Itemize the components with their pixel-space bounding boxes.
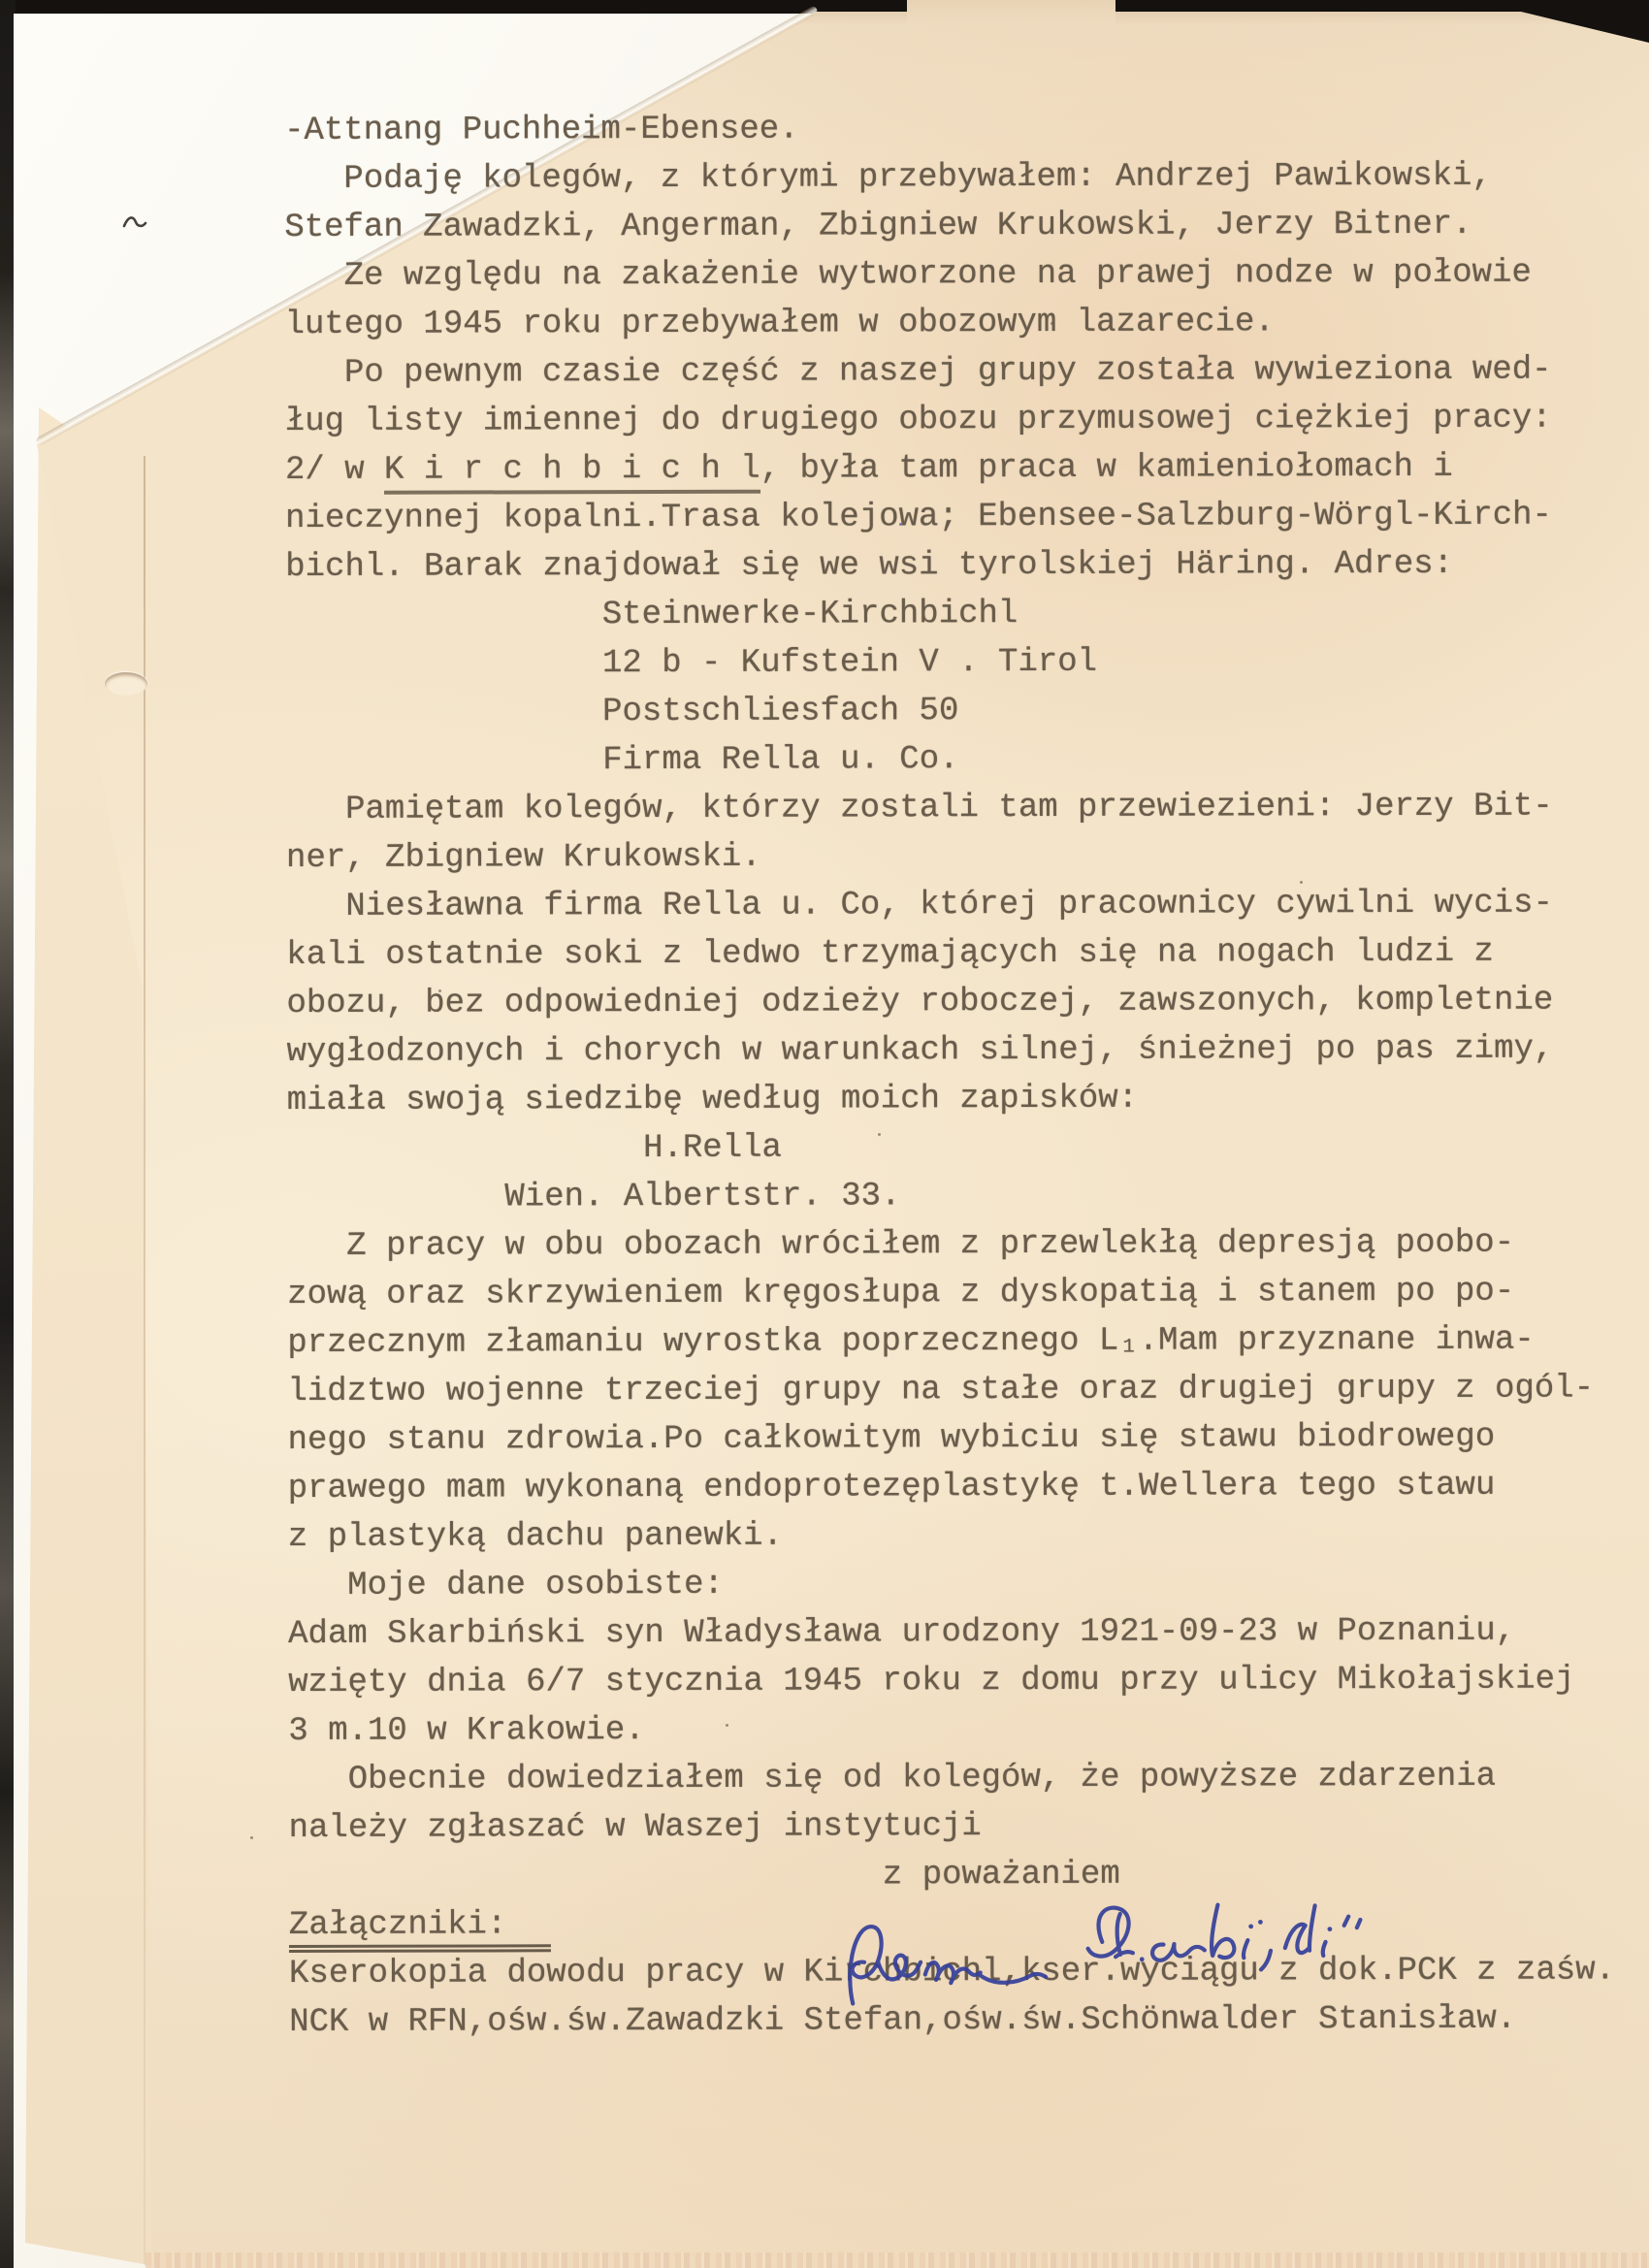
typed-line: Firma Rella u. Co. bbox=[286, 733, 1612, 786]
paper-speck bbox=[250, 1836, 253, 1839]
typed-line: należy zgłaszać w Waszej instytucji bbox=[289, 1800, 1615, 1853]
typed-text-segment: 3 m.10 w Krakowie. bbox=[288, 1712, 644, 1750]
typed-line: z poważaniem bbox=[289, 1849, 1615, 1901]
typed-text-segment: Podaję kolegów, z którymi przebywałem: A… bbox=[284, 158, 1492, 198]
typed-line: ner, Zbigniew Krukowski. bbox=[286, 830, 1612, 883]
typed-line: wzięty dnia 6/7 stycznia 1945 roku z dom… bbox=[288, 1655, 1614, 1707]
typed-line: Podaję kolegów, z którymi przebywałem: A… bbox=[284, 151, 1610, 204]
scan-artifact-band bbox=[145, 2252, 1649, 2268]
ink-smudge bbox=[122, 213, 147, 238]
typed-text-segment: nieczynnej kopalni.Trasa kolejowa; Ebens… bbox=[285, 498, 1552, 537]
typed-line: lidztwo wojenne trzeciej grupy na stałe … bbox=[287, 1364, 1613, 1416]
typed-text-segment: prawego mam wykonaną endoprotezęplastykę… bbox=[288, 1468, 1496, 1507]
typed-text-segment: lutego 1945 roku przebywałem w obozowym … bbox=[285, 304, 1275, 343]
signature-ink bbox=[829, 1897, 1373, 2009]
page-left-edge bbox=[144, 456, 145, 2265]
typed-line: nego stanu zdrowia.Po całkowitym wybiciu… bbox=[288, 1412, 1614, 1465]
typed-line: nieczynnej kopalni.Trasa kolejowa; Ebens… bbox=[285, 491, 1611, 543]
typed-line: Niesławna firma Rella u. Co, której prac… bbox=[286, 879, 1612, 931]
paper-dent bbox=[105, 672, 147, 696]
typed-line: bichl. Barak znajdował się we wsi tyrols… bbox=[285, 539, 1611, 592]
typed-text-segment: Postschliesfach 50 bbox=[286, 693, 959, 731]
typed-line: Adam Skarbiński syn Władysława urodzony … bbox=[288, 1606, 1614, 1659]
paper-fragment-top bbox=[907, 0, 1115, 25]
typed-line: -Attnang Puchheim-Ebensee. bbox=[284, 103, 1610, 155]
typed-line: Pamiętam kolegów, którzy zostali tam prz… bbox=[286, 782, 1612, 834]
typed-line: 12 b - Kufstein V . Tirol bbox=[285, 636, 1611, 689]
typed-line: Po pewnym czasie część z naszej grupy zo… bbox=[285, 345, 1611, 398]
typed-line: Steinwerke-Kirchbichl bbox=[285, 588, 1611, 640]
typed-text-segment: Stefan Zawadzki, Angerman, Zbigniew Kruk… bbox=[284, 207, 1471, 246]
typed-text-segment: Firma Rella u. Co. bbox=[286, 741, 959, 780]
typed-text-segment: wygłodzonych i chorych w warunkach silne… bbox=[287, 1031, 1554, 1071]
typed-text-segment: Po pewnym czasie część z naszej grupy zo… bbox=[285, 352, 1552, 392]
typed-line: Stefan Zawadzki, Angerman, Zbigniew Kruk… bbox=[284, 200, 1610, 252]
typed-text-segment: przecznym złamaniu wyrostka poprzecznego… bbox=[287, 1322, 1535, 1362]
typed-text-segment: zową oraz skrzywieniem kręgosłupa z dysk… bbox=[287, 1274, 1514, 1313]
typed-text-segment: -Attnang Puchheim-Ebensee. bbox=[284, 112, 799, 149]
typed-text-segment: ner, Zbigniew Krukowski. bbox=[286, 839, 761, 877]
typed-text-segment: Steinwerke-Kirchbichl bbox=[285, 596, 1018, 634]
typed-text-segment: H.Rella bbox=[287, 1130, 782, 1168]
typed-line: ług listy imiennej do drugiego obozu prz… bbox=[285, 394, 1611, 446]
typed-text-segment: należy zgłaszać w Waszej instytucji bbox=[289, 1808, 982, 1847]
typed-lines: -Attnang Puchheim-Ebensee. Podaję kolegó… bbox=[284, 103, 1615, 2047]
typed-text-segment: kali ostatnie soki z ledwo trzymających … bbox=[286, 934, 1494, 974]
typed-line: z plastyką dachu panewki. bbox=[288, 1509, 1614, 1562]
typed-line: zową oraz skrzywieniem kręgosłupa z dysk… bbox=[287, 1267, 1613, 1319]
typed-line: Ze względu na zakażenie wytworzone na pr… bbox=[284, 248, 1610, 301]
typed-text-segment: Z pracy w obu obozach wróciłem z przewle… bbox=[287, 1225, 1514, 1265]
typed-line: obozu, bez odpowiedniej odzieży roboczej… bbox=[286, 976, 1612, 1028]
typed-text-segment: nego stanu zdrowia.Po całkowitym wybiciu… bbox=[288, 1419, 1496, 1459]
typed-text-segment: 2/ w bbox=[285, 452, 384, 489]
typed-line: Obecnie dowiedziałem się od kolegów, że … bbox=[288, 1752, 1614, 1804]
typed-text-segment: Pamiętam kolegów, którzy zostali tam prz… bbox=[286, 789, 1553, 828]
typed-text-segment: Ze względu na zakażenie wytworzone na pr… bbox=[284, 255, 1532, 295]
typed-text-segment: Wien. Albertstr. 33. bbox=[287, 1178, 901, 1216]
typed-text-segment: Obecnie dowiedziałem się od kolegów, że … bbox=[288, 1759, 1496, 1798]
typed-text-segment: 12 b - Kufstein V . Tirol bbox=[285, 644, 1097, 683]
typed-line: 2/ w K i r c h b i c h l, była tam praca… bbox=[285, 442, 1611, 495]
typed-line: lutego 1945 roku przebywałem w obozowym … bbox=[285, 297, 1611, 349]
typed-line: 3 m.10 w Krakowie. bbox=[288, 1703, 1614, 1756]
typed-line: H.Rella bbox=[287, 1121, 1613, 1174]
typed-line: wygłodzonych i chorych w warunkach silne… bbox=[286, 1024, 1612, 1077]
underlined-text: Załączniki: bbox=[289, 1906, 552, 1953]
typed-line: Wien. Albertstr. 33. bbox=[287, 1170, 1613, 1222]
typed-line: prawego mam wykonaną endoprotezęplastykę… bbox=[288, 1461, 1614, 1513]
typed-text-segment: z poważaniem bbox=[289, 1857, 1120, 1895]
typed-line: Moje dane osobiste: bbox=[288, 1558, 1614, 1610]
typed-line: Postschliesfach 50 bbox=[286, 685, 1612, 737]
typed-text-segment: obozu, bez odpowiedniej odzieży roboczej… bbox=[286, 983, 1553, 1022]
typed-line: przecznym złamaniu wyrostka poprzecznego… bbox=[287, 1315, 1613, 1368]
typed-line: Z pracy w obu obozach wróciłem z przewle… bbox=[287, 1218, 1613, 1271]
typed-text-segment: bichl. Barak znajdował się we wsi tyrols… bbox=[285, 546, 1453, 586]
typed-line: kali ostatnie soki z ledwo trzymających … bbox=[286, 927, 1612, 980]
typed-text-segment: lidztwo wojenne trzeciej grupy na stałe … bbox=[287, 1370, 1594, 1410]
typed-text-segment: Adam Skarbiński syn Władysława urodzony … bbox=[288, 1613, 1515, 1653]
typed-text-segment: Niesławna firma Rella u. Co, której prac… bbox=[286, 886, 1553, 925]
typed-text-segment: z plastyką dachu panewki. bbox=[288, 1518, 783, 1556]
signature bbox=[829, 1897, 1373, 2014]
typed-text-segment: Moje dane osobiste: bbox=[288, 1567, 724, 1604]
underlined-text: K i r c h b i c h l bbox=[384, 451, 760, 495]
typed-text-segment: miała swoją siedzibę według moich zapisk… bbox=[287, 1081, 1138, 1119]
typed-text-segment: wzięty dnia 6/7 stycznia 1945 roku z dom… bbox=[288, 1662, 1574, 1701]
typed-line: miała swoją siedzibę według moich zapisk… bbox=[287, 1073, 1613, 1125]
typed-text-segment: , była tam praca w kamieniołomach i bbox=[760, 449, 1453, 488]
typed-text-segment: ług listy imiennej do drugiego obozu prz… bbox=[285, 401, 1552, 440]
